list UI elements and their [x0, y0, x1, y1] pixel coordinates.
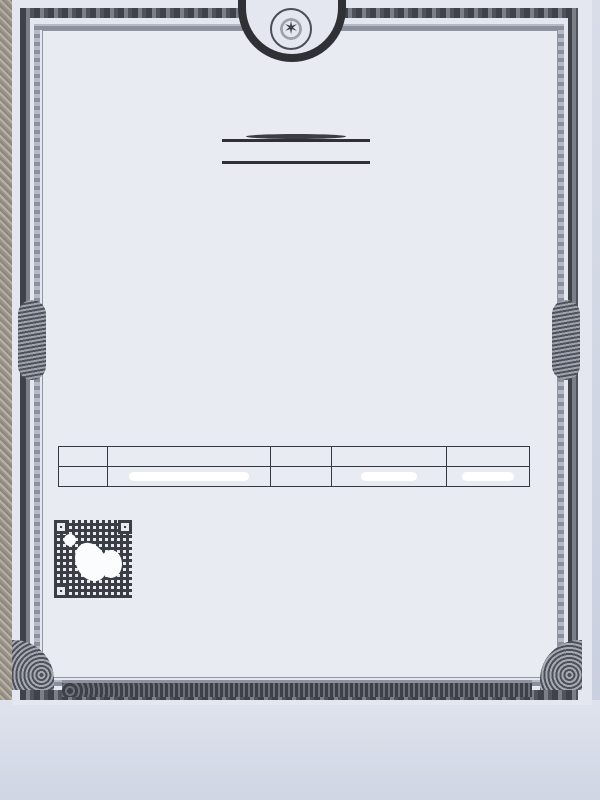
qr-code-icon: [54, 520, 132, 598]
qr-finder: [118, 520, 132, 534]
owner-index: [59, 467, 108, 487]
col-share: [271, 447, 332, 467]
col-reg-number: [332, 447, 447, 467]
paper-margin: [0, 700, 600, 800]
col-index: [59, 447, 108, 467]
title-rule-top: [222, 139, 370, 142]
owner-share: [271, 467, 332, 487]
owners-header-row: [59, 447, 530, 467]
state-emblem-icon: ✶: [270, 8, 312, 50]
document-title-block: [222, 134, 370, 166]
qr-finder: [54, 520, 68, 534]
qr-redaction: [100, 550, 122, 578]
col-reg-date: [447, 447, 530, 467]
title-rule-bottom: [222, 161, 370, 164]
col-owner-name: [108, 447, 271, 467]
owner-reg-date-redacted: [447, 467, 530, 487]
owners-table: [58, 446, 530, 487]
side-ornament-icon: [18, 300, 46, 380]
bottom-ornament-band: [62, 680, 532, 697]
qr-finder: [54, 584, 68, 598]
owner-row: [59, 467, 530, 487]
side-ornament-icon: [552, 300, 580, 380]
qr-redaction: [64, 534, 76, 546]
owner-name-redacted: [108, 467, 271, 487]
owner-reg-number-redacted: [332, 467, 447, 487]
